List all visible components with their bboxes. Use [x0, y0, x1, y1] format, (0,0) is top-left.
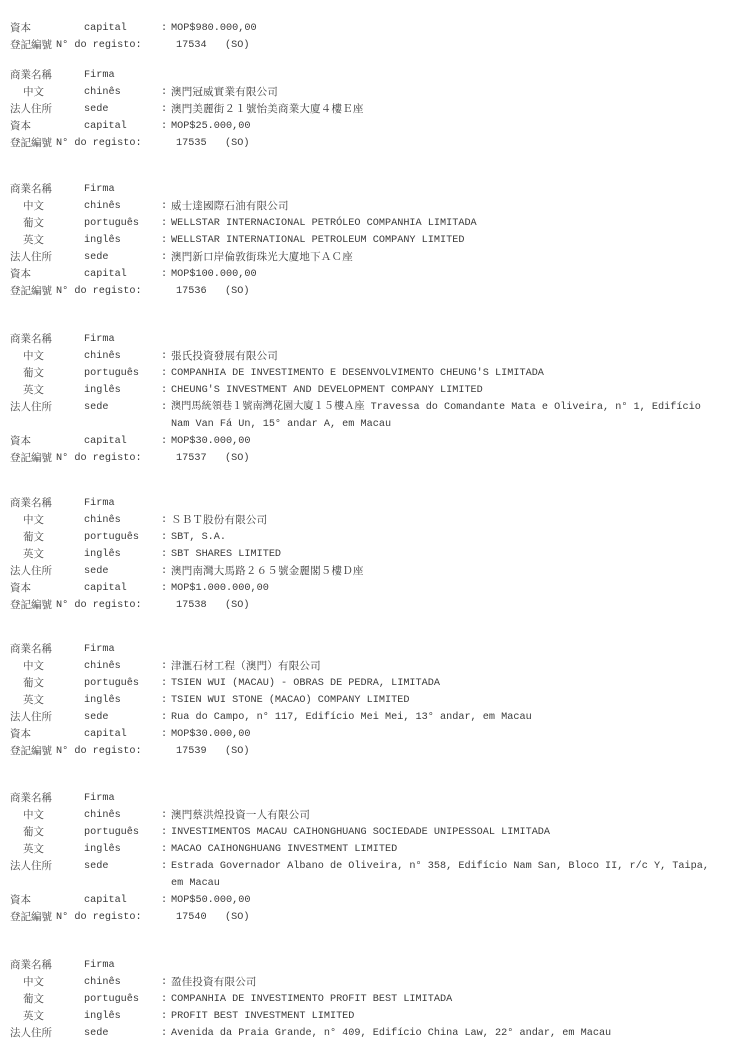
chines-row: 中文 chinês : ＳＢＴ股份有限公司: [10, 512, 720, 529]
registo-number: 17540: [176, 909, 207, 926]
capital-label-zh: 資本: [10, 266, 31, 283]
portugues-row: 葡文 português : WELLSTAR INTERNACIONAL PE…: [10, 215, 720, 232]
capital-value: MOP$980.000,00: [171, 20, 711, 37]
capital-row: 資本 capital : MOP$30.000,00: [10, 433, 720, 450]
company-entry-17537: 商業名稱 Firma 中文 chinês : 張氏投資發展有限公司 葡文 por…: [10, 331, 720, 467]
firma-label-pt: Firma: [84, 331, 115, 348]
firma-label-zh: 商業名稱: [10, 331, 52, 348]
firma-label-pt: Firma: [84, 67, 115, 84]
registo-number: 17536: [176, 283, 207, 300]
ingles-row: 英文 inglês : WELLSTAR INTERNATIONAL PETRO…: [10, 232, 720, 249]
colon: :: [161, 249, 167, 266]
chines-row: 中文 chinês : 津滙石材工程（澳門）有限公司: [10, 658, 720, 675]
portugues-label-zh: 葡文: [23, 991, 44, 1008]
firma-label-pt: Firma: [84, 181, 115, 198]
chines-row: 中文 chinês : 威士達國際石油有限公司: [10, 198, 720, 215]
capital-label-zh: 資本: [10, 20, 31, 37]
portugues-row: 葡文 português : INVESTIMENTOS MACAU CAIHO…: [10, 824, 720, 841]
chines-name-value: 張氏投資發展有限公司: [171, 348, 711, 365]
registo-label-zh: 登記編號: [10, 37, 52, 54]
sede-label-zh: 法人住所: [10, 709, 52, 726]
portugues-label-zh: 葡文: [23, 675, 44, 692]
gazette-page: 資本 capital : MOP$980.000,00 登記編號 N° do r…: [0, 0, 729, 1062]
chines-name-value: 津滙石材工程（澳門）有限公司: [171, 658, 711, 675]
ingles-label-zh: 英文: [23, 692, 44, 709]
portugues-row: 葡文 português : TSIEN WUI (MACAU) - OBRAS…: [10, 675, 720, 692]
ingles-label-zh: 英文: [23, 546, 44, 563]
colon: :: [161, 348, 167, 365]
registo-label-pt: N° do registo:: [56, 135, 142, 152]
sede-row: 法人住所 sede : 澳門南灣大馬路２６５號金麗閣５樓Ｄ座: [10, 563, 720, 580]
chines-name-value: 澳門冠威實業有限公司: [171, 84, 711, 101]
registo-label-zh: 登記編號: [10, 450, 52, 467]
registo-row: 登記編號 N° do registo: 17535 (SO): [10, 135, 720, 152]
registo-label-zh: 登記編號: [10, 135, 52, 152]
colon: :: [161, 1025, 167, 1042]
registo-number: 17537: [176, 450, 207, 467]
ingles-row: 英文 inglês : TSIEN WUI STONE (MACAO) COMP…: [10, 692, 720, 709]
firma-row: 商業名稱 Firma: [10, 957, 720, 974]
company-entry-17534: 資本 capital : MOP$980.000,00 登記編號 N° do r…: [10, 20, 720, 54]
firma-label-zh: 商業名稱: [10, 790, 52, 807]
firma-label-pt: Firma: [84, 790, 115, 807]
chines-row: 中文 chinês : 張氏投資發展有限公司: [10, 348, 720, 365]
chines-label-pt: chinês: [84, 807, 121, 824]
capital-row: 資本 capital : MOP$1.000.000,00: [10, 580, 720, 597]
registo-label-zh: 登記編號: [10, 909, 52, 926]
colon: :: [161, 726, 167, 743]
registo-code: (SO): [225, 450, 249, 467]
colon: :: [161, 84, 167, 101]
company-entry-profit-best: 商業名稱 Firma 中文 chinês : 盈佳投資有限公司 葡文 portu…: [10, 957, 720, 1042]
sede-label-zh: 法人住所: [10, 858, 52, 875]
ingles-name-value: TSIEN WUI STONE (MACAO) COMPANY LIMITED: [171, 692, 711, 709]
registo-label-pt: N° do registo:: [56, 283, 142, 300]
ingles-label-pt: inglês: [84, 692, 121, 709]
portugues-row: 葡文 português : COMPANHIA DE INVESTIMENTO…: [10, 991, 720, 1008]
sede-value: 澳門馬統領巷１號南灣花園大廈１５樓Ａ座 Travessa do Comandan…: [171, 399, 711, 433]
registo-code: (SO): [225, 135, 249, 152]
company-entry-17539: 商業名稱 Firma 中文 chinês : 津滙石材工程（澳門）有限公司 葡文…: [10, 641, 720, 760]
firma-label-zh: 商業名稱: [10, 181, 52, 198]
colon: :: [161, 824, 167, 841]
registo-number: 17534: [176, 37, 207, 54]
firma-label-pt: Firma: [84, 495, 115, 512]
ingles-name-value: MACAO CAIHONGHUANG INVESTMENT LIMITED: [171, 841, 711, 858]
company-entry-17540: 商業名稱 Firma 中文 chinês : 澳門蔡洪煌投資一人有限公司 葡文 …: [10, 790, 720, 926]
colon: :: [161, 198, 167, 215]
firma-label-zh: 商業名稱: [10, 957, 52, 974]
colon: :: [161, 892, 167, 909]
colon: :: [161, 546, 167, 563]
capital-label-pt: capital: [84, 726, 127, 743]
portugues-label-pt: português: [84, 824, 139, 841]
registo-label-pt: N° do registo:: [56, 597, 142, 614]
colon: :: [161, 841, 167, 858]
sede-value: 澳門美麗街２１號怡美商業大廈４樓Ｅ座: [171, 101, 711, 118]
colon: :: [161, 512, 167, 529]
company-entry-17535: 商業名稱 Firma 中文 chinês : 澳門冠威實業有限公司 法人住所 s…: [10, 67, 720, 152]
portugues-label-pt: português: [84, 675, 139, 692]
registo-label-zh: 登記編號: [10, 597, 52, 614]
registo-label-zh: 登記編號: [10, 743, 52, 760]
sede-label-pt: sede: [84, 858, 108, 875]
ingles-label-pt: inglês: [84, 841, 121, 858]
chines-row: 中文 chinês : 澳門蔡洪煌投資一人有限公司: [10, 807, 720, 824]
chines-label-pt: chinês: [84, 974, 121, 991]
registo-code: (SO): [225, 597, 249, 614]
chines-label-zh: 中文: [23, 658, 44, 675]
sede-label-zh: 法人住所: [10, 399, 52, 416]
sede-value: Rua do Campo, n° 117, Edifício Mei Mei, …: [171, 709, 711, 726]
chines-label-pt: chinês: [84, 84, 121, 101]
capital-label-zh: 資本: [10, 580, 31, 597]
sede-row: 法人住所 sede : Rua do Campo, n° 117, Edifíc…: [10, 709, 720, 726]
chines-row: 中文 chinês : 盈佳投資有限公司: [10, 974, 720, 991]
capital-row: 資本 capital : MOP$980.000,00: [10, 20, 720, 37]
ingles-row: 英文 inglês : CHEUNG'S INVESTMENT AND DEVE…: [10, 382, 720, 399]
sede-label-zh: 法人住所: [10, 249, 52, 266]
ingles-label-pt: inglês: [84, 232, 121, 249]
capital-row: 資本 capital : MOP$50.000,00: [10, 892, 720, 909]
ingles-row: 英文 inglês : SBT SHARES LIMITED: [10, 546, 720, 563]
ingles-label-zh: 英文: [23, 382, 44, 399]
sede-row: 法人住所 sede : Avenida da Praia Grande, n° …: [10, 1025, 720, 1042]
colon: :: [161, 692, 167, 709]
company-entry-17536: 商業名稱 Firma 中文 chinês : 威士達國際石油有限公司 葡文 po…: [10, 181, 720, 300]
portugues-name-value: SBT, S.A.: [171, 529, 711, 546]
sede-value: Estrada Governador Albano de Oliveira, n…: [171, 858, 711, 892]
colon: :: [161, 807, 167, 824]
chines-name-value: 威士達國際石油有限公司: [171, 198, 711, 215]
colon: :: [161, 658, 167, 675]
capital-row: 資本 capital : MOP$30.000,00: [10, 726, 720, 743]
ingles-row: 英文 inglês : PROFIT BEST INVESTMENT LIMIT…: [10, 1008, 720, 1025]
colon: :: [161, 266, 167, 283]
registo-label-pt: N° do registo:: [56, 743, 142, 760]
sede-label-zh: 法人住所: [10, 101, 52, 118]
chines-name-value: 盈佳投資有限公司: [171, 974, 711, 991]
registo-row: 登記編號 N° do registo: 17540 (SO): [10, 909, 720, 926]
ingles-name-value: SBT SHARES LIMITED: [171, 546, 711, 563]
capital-value: MOP$30.000,00: [171, 726, 711, 743]
portugues-name-value: TSIEN WUI (MACAU) - OBRAS DE PEDRA, LIMI…: [171, 675, 711, 692]
colon: :: [161, 580, 167, 597]
sede-row: 法人住所 sede : 澳門美麗街２１號怡美商業大廈４樓Ｅ座: [10, 101, 720, 118]
registo-label-pt: N° do registo:: [56, 37, 142, 54]
ingles-label-pt: inglês: [84, 1008, 121, 1025]
firma-row: 商業名稱 Firma: [10, 181, 720, 198]
colon: :: [161, 382, 167, 399]
registo-number: 17539: [176, 743, 207, 760]
colon: :: [161, 675, 167, 692]
registo-row: 登記編號 N° do registo: 17537 (SO): [10, 450, 720, 467]
chines-label-zh: 中文: [23, 807, 44, 824]
firma-label-zh: 商業名稱: [10, 67, 52, 84]
firma-row: 商業名稱 Firma: [10, 641, 720, 658]
capital-label-pt: capital: [84, 580, 127, 597]
sede-label-pt: sede: [84, 709, 108, 726]
sede-label-zh: 法人住所: [10, 563, 52, 580]
sede-label-pt: sede: [84, 101, 108, 118]
colon: :: [161, 20, 167, 37]
firma-row: 商業名稱 Firma: [10, 790, 720, 807]
firma-row: 商業名稱 Firma: [10, 67, 720, 84]
portugues-label-pt: português: [84, 991, 139, 1008]
colon: :: [161, 974, 167, 991]
ingles-label-pt: inglês: [84, 382, 121, 399]
portugues-name-value: INVESTIMENTOS MACAU CAIHONGHUANG SOCIEDA…: [171, 824, 711, 841]
capital-value: MOP$1.000.000,00: [171, 580, 711, 597]
colon: :: [161, 399, 167, 416]
chines-name-value: ＳＢＴ股份有限公司: [171, 512, 711, 529]
portugues-label-zh: 葡文: [23, 824, 44, 841]
firma-label-pt: Firma: [84, 957, 115, 974]
ingles-row: 英文 inglês : MACAO CAIHONGHUANG INVESTMEN…: [10, 841, 720, 858]
ingles-label-zh: 英文: [23, 1008, 44, 1025]
capital-label-pt: capital: [84, 433, 127, 450]
capital-label-zh: 資本: [10, 726, 31, 743]
company-entry-17538: 商業名稱 Firma 中文 chinês : ＳＢＴ股份有限公司 葡文 port…: [10, 495, 720, 614]
sede-label-pt: sede: [84, 249, 108, 266]
colon: :: [161, 1008, 167, 1025]
chines-label-zh: 中文: [23, 512, 44, 529]
sede-value: 澳門新口岸倫敦街珠光大廈地下ＡＣ座: [171, 249, 711, 266]
portugues-name-value: WELLSTAR INTERNACIONAL PETRÓLEO COMPANHI…: [171, 215, 711, 232]
capital-label-zh: 資本: [10, 433, 31, 450]
sede-row: 法人住所 sede : 澳門馬統領巷１號南灣花園大廈１５樓Ａ座 Travessa…: [10, 399, 720, 433]
registo-row: 登記編號 N° do registo: 17539 (SO): [10, 743, 720, 760]
portugues-label-zh: 葡文: [23, 529, 44, 546]
registo-code: (SO): [225, 909, 249, 926]
portugues-name-value: COMPANHIA DE INVESTIMENTO PROFIT BEST LI…: [171, 991, 711, 1008]
portugues-row: 葡文 português : COMPANHIA DE INVESTIMENTO…: [10, 365, 720, 382]
capital-label-zh: 資本: [10, 118, 31, 135]
ingles-name-value: PROFIT BEST INVESTMENT LIMITED: [171, 1008, 711, 1025]
ingles-label-zh: 英文: [23, 841, 44, 858]
registo-label-pt: N° do registo:: [56, 450, 142, 467]
firma-row: 商業名稱 Firma: [10, 331, 720, 348]
ingles-name-value: WELLSTAR INTERNATIONAL PETROLEUM COMPANY…: [171, 232, 711, 249]
portugues-label-zh: 葡文: [23, 365, 44, 382]
firma-label-zh: 商業名稱: [10, 495, 52, 512]
colon: :: [161, 215, 167, 232]
chines-label-pt: chinês: [84, 658, 121, 675]
capital-row: 資本 capital : MOP$100.000,00: [10, 266, 720, 283]
sede-label-zh: 法人住所: [10, 1025, 52, 1042]
chines-label-zh: 中文: [23, 84, 44, 101]
registo-label-zh: 登記編號: [10, 283, 52, 300]
registo-code: (SO): [225, 743, 249, 760]
colon: :: [161, 365, 167, 382]
colon: :: [161, 858, 167, 875]
registo-code: (SO): [225, 37, 249, 54]
sede-value: Avenida da Praia Grande, n° 409, Edifíci…: [171, 1025, 711, 1042]
capital-value: MOP$50.000,00: [171, 892, 711, 909]
portugues-label-pt: português: [84, 529, 139, 546]
colon: :: [161, 563, 167, 580]
colon: :: [161, 232, 167, 249]
capital-label-pt: capital: [84, 892, 127, 909]
ingles-label-pt: inglês: [84, 546, 121, 563]
ingles-label-zh: 英文: [23, 232, 44, 249]
colon: :: [161, 433, 167, 450]
chines-row: 中文 chinês : 澳門冠威實業有限公司: [10, 84, 720, 101]
portugues-label-zh: 葡文: [23, 215, 44, 232]
firma-label-zh: 商業名稱: [10, 641, 52, 658]
sede-label-pt: sede: [84, 563, 108, 580]
capital-value: MOP$100.000,00: [171, 266, 711, 283]
capital-label-zh: 資本: [10, 892, 31, 909]
chines-label-pt: chinês: [84, 348, 121, 365]
portugues-name-value: COMPANHIA DE INVESTIMENTO E DESENVOLVIME…: [171, 365, 711, 382]
firma-label-pt: Firma: [84, 641, 115, 658]
registo-number: 17538: [176, 597, 207, 614]
chines-label-zh: 中文: [23, 974, 44, 991]
registo-row: 登記編號 N° do registo: 17538 (SO): [10, 597, 720, 614]
chines-name-value: 澳門蔡洪煌投資一人有限公司: [171, 807, 711, 824]
chines-label-zh: 中文: [23, 348, 44, 365]
colon: :: [161, 991, 167, 1008]
firma-row: 商業名稱 Firma: [10, 495, 720, 512]
registo-row: 登記編號 N° do registo: 17534 (SO): [10, 37, 720, 54]
chines-label-pt: chinês: [84, 198, 121, 215]
ingles-name-value: CHEUNG'S INVESTMENT AND DEVELOPMENT COMP…: [171, 382, 711, 399]
sede-label-pt: sede: [84, 399, 108, 416]
colon: :: [161, 529, 167, 546]
sede-row: 法人住所 sede : Estrada Governador Albano de…: [10, 858, 720, 892]
registo-row: 登記編號 N° do registo: 17536 (SO): [10, 283, 720, 300]
capital-label-pt: capital: [84, 118, 127, 135]
capital-value: MOP$25.000,00: [171, 118, 711, 135]
portugues-label-pt: português: [84, 365, 139, 382]
capital-row: 資本 capital : MOP$25.000,00: [10, 118, 720, 135]
sede-label-pt: sede: [84, 1025, 108, 1042]
colon: :: [161, 709, 167, 726]
registo-label-pt: N° do registo:: [56, 909, 142, 926]
registo-number: 17535: [176, 135, 207, 152]
capital-label-pt: capital: [84, 20, 127, 37]
chines-label-pt: chinês: [84, 512, 121, 529]
capital-label-pt: capital: [84, 266, 127, 283]
chines-label-zh: 中文: [23, 198, 44, 215]
colon: :: [161, 101, 167, 118]
sede-row: 法人住所 sede : 澳門新口岸倫敦街珠光大廈地下ＡＣ座: [10, 249, 720, 266]
sede-value: 澳門南灣大馬路２６５號金麗閣５樓Ｄ座: [171, 563, 711, 580]
capital-value: MOP$30.000,00: [171, 433, 711, 450]
registo-code: (SO): [225, 283, 249, 300]
portugues-label-pt: português: [84, 215, 139, 232]
colon: :: [161, 118, 167, 135]
portugues-row: 葡文 português : SBT, S.A.: [10, 529, 720, 546]
